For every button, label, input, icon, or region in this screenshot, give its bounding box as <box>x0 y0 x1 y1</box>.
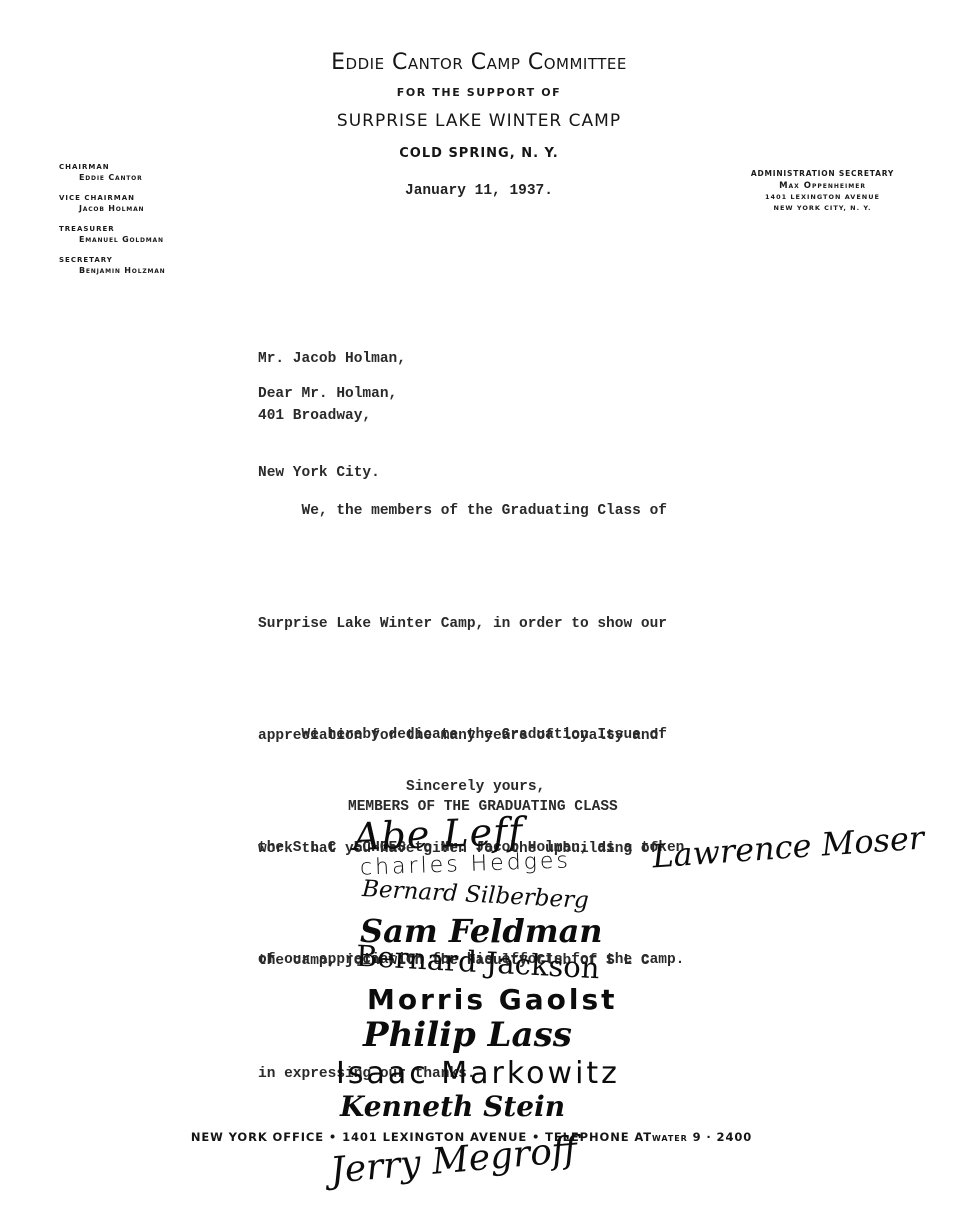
officer-name: Eddie Cantor <box>59 172 166 183</box>
footer-exchange: ATwater <box>634 1130 687 1144</box>
officer-secretary: SECRETARY Benjamin Holzman <box>59 255 166 276</box>
letterhead-location: COLD SPRING, N. Y. <box>0 146 958 161</box>
officer-chairman: CHAIRMAN Eddie Cantor <box>59 162 166 183</box>
signature: Philip Lass <box>363 1015 572 1055</box>
signature: Morris Gaolst <box>367 983 618 1016</box>
officer-name: Benjamin Holzman <box>59 265 166 276</box>
officer-title: TREASURER <box>59 224 166 234</box>
signature: Kenneth Stein <box>340 1090 565 1123</box>
letterhead-support-line: FOR THE SUPPORT OF <box>0 86 958 99</box>
officer-title: VICE CHAIRMAN <box>59 193 166 203</box>
salutation: Dear Mr. Holman, <box>258 386 397 402</box>
admin-secretary-block: ADMINISTRATION SECRETARY Max Oppenheimer… <box>740 168 905 214</box>
officer-vice-chairman: VICE CHAIRMAN Jacob Holman <box>59 193 166 214</box>
officer-title: CHAIRMAN <box>59 162 166 172</box>
admin-name: Max Oppenheimer <box>740 180 905 192</box>
signature: Isaac Markowitz <box>336 1056 620 1091</box>
footer-phone: 9 · 2400 <box>688 1130 753 1144</box>
admin-title: ADMINISTRATION SECRETARY <box>740 168 905 180</box>
officer-title: SECRETARY <box>59 255 166 265</box>
paragraph-line: We, the members of the Graduating Class … <box>258 493 667 531</box>
admin-address-line1: 1401 LEXINGTON AVENUE <box>740 192 905 203</box>
officer-treasurer: TREASURER Emanuel Goldman <box>59 224 166 245</box>
recipient-name: Mr. Jacob Holman, <box>258 350 406 369</box>
signature: Lawrence Moser <box>651 819 925 876</box>
officer-name: Emanuel Goldman <box>59 234 166 245</box>
officer-name: Jacob Holman <box>59 203 166 214</box>
admin-address-line2: NEW YORK CITY, N. Y. <box>740 203 905 214</box>
paragraph-line: Surprise Lake Winter Camp, in order to s… <box>258 606 667 644</box>
officers-list: CHAIRMAN Eddie Cantor VICE CHAIRMAN Jaco… <box>59 162 166 286</box>
letterhead-camp-name: SURPRISE LAKE WINTER CAMP <box>0 111 958 131</box>
letterhead-title: Eddie Cantor Camp Committee <box>0 50 958 75</box>
paragraph-line: We hereby dedicate the Graduation Issue … <box>258 717 684 755</box>
closing: Sincerely yours, <box>406 779 545 795</box>
